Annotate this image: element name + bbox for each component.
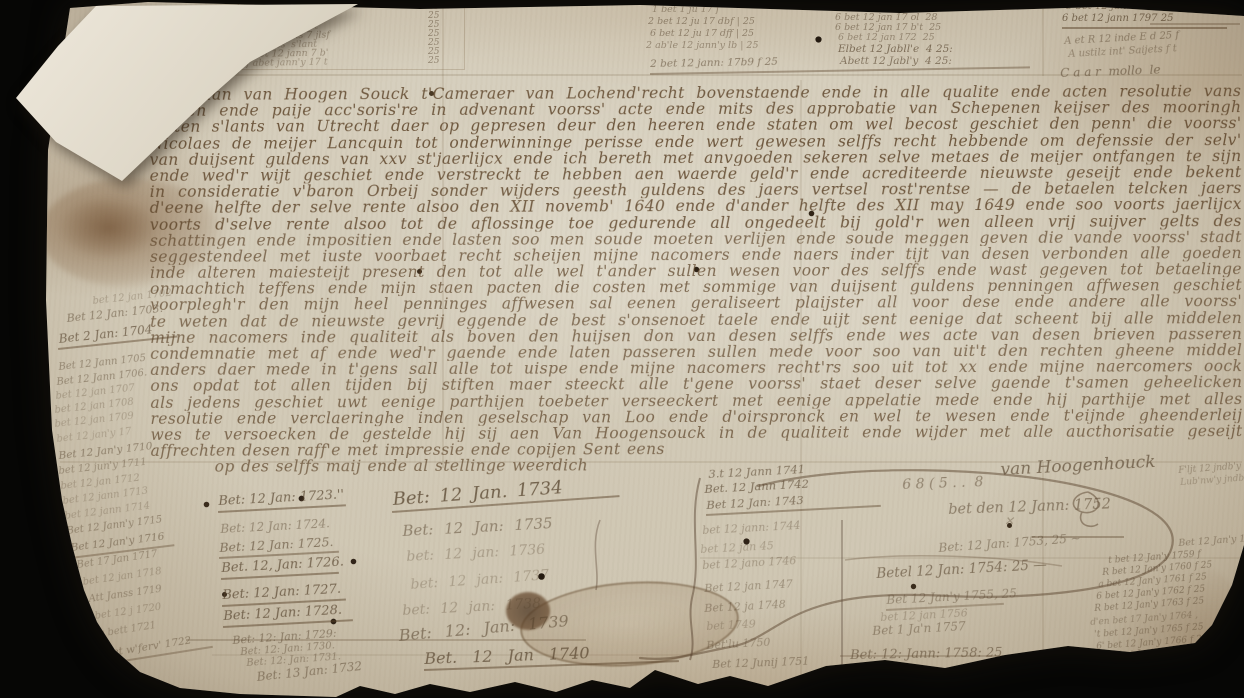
ink-specks bbox=[0, 0, 3, 3]
ink-stroke bbox=[1040, 675, 1160, 677]
payment-note: R bet 12 Jan'y 1768 f 25 bbox=[1098, 656, 1209, 674]
parchment-sheet: wij Johan van Hoogen Souck t'Cameraer va… bbox=[0, 0, 1244, 698]
parchment-shadow-wrap: wij Johan van Hoogen Souck t'Cameraer va… bbox=[0, 0, 1244, 698]
ink-ring-stain bbox=[0, 0, 1244, 698]
photograph-of-parchment-deed: wij Johan van Hoogen Souck t'Cameraer va… bbox=[0, 0, 1244, 698]
payment-note: 9 bet 12 Jann 17b9 f 25 bbox=[1104, 668, 1212, 685]
payment-note: 2 bet 12 jan 17 f 4 . 26 bbox=[833, 2, 945, 13]
